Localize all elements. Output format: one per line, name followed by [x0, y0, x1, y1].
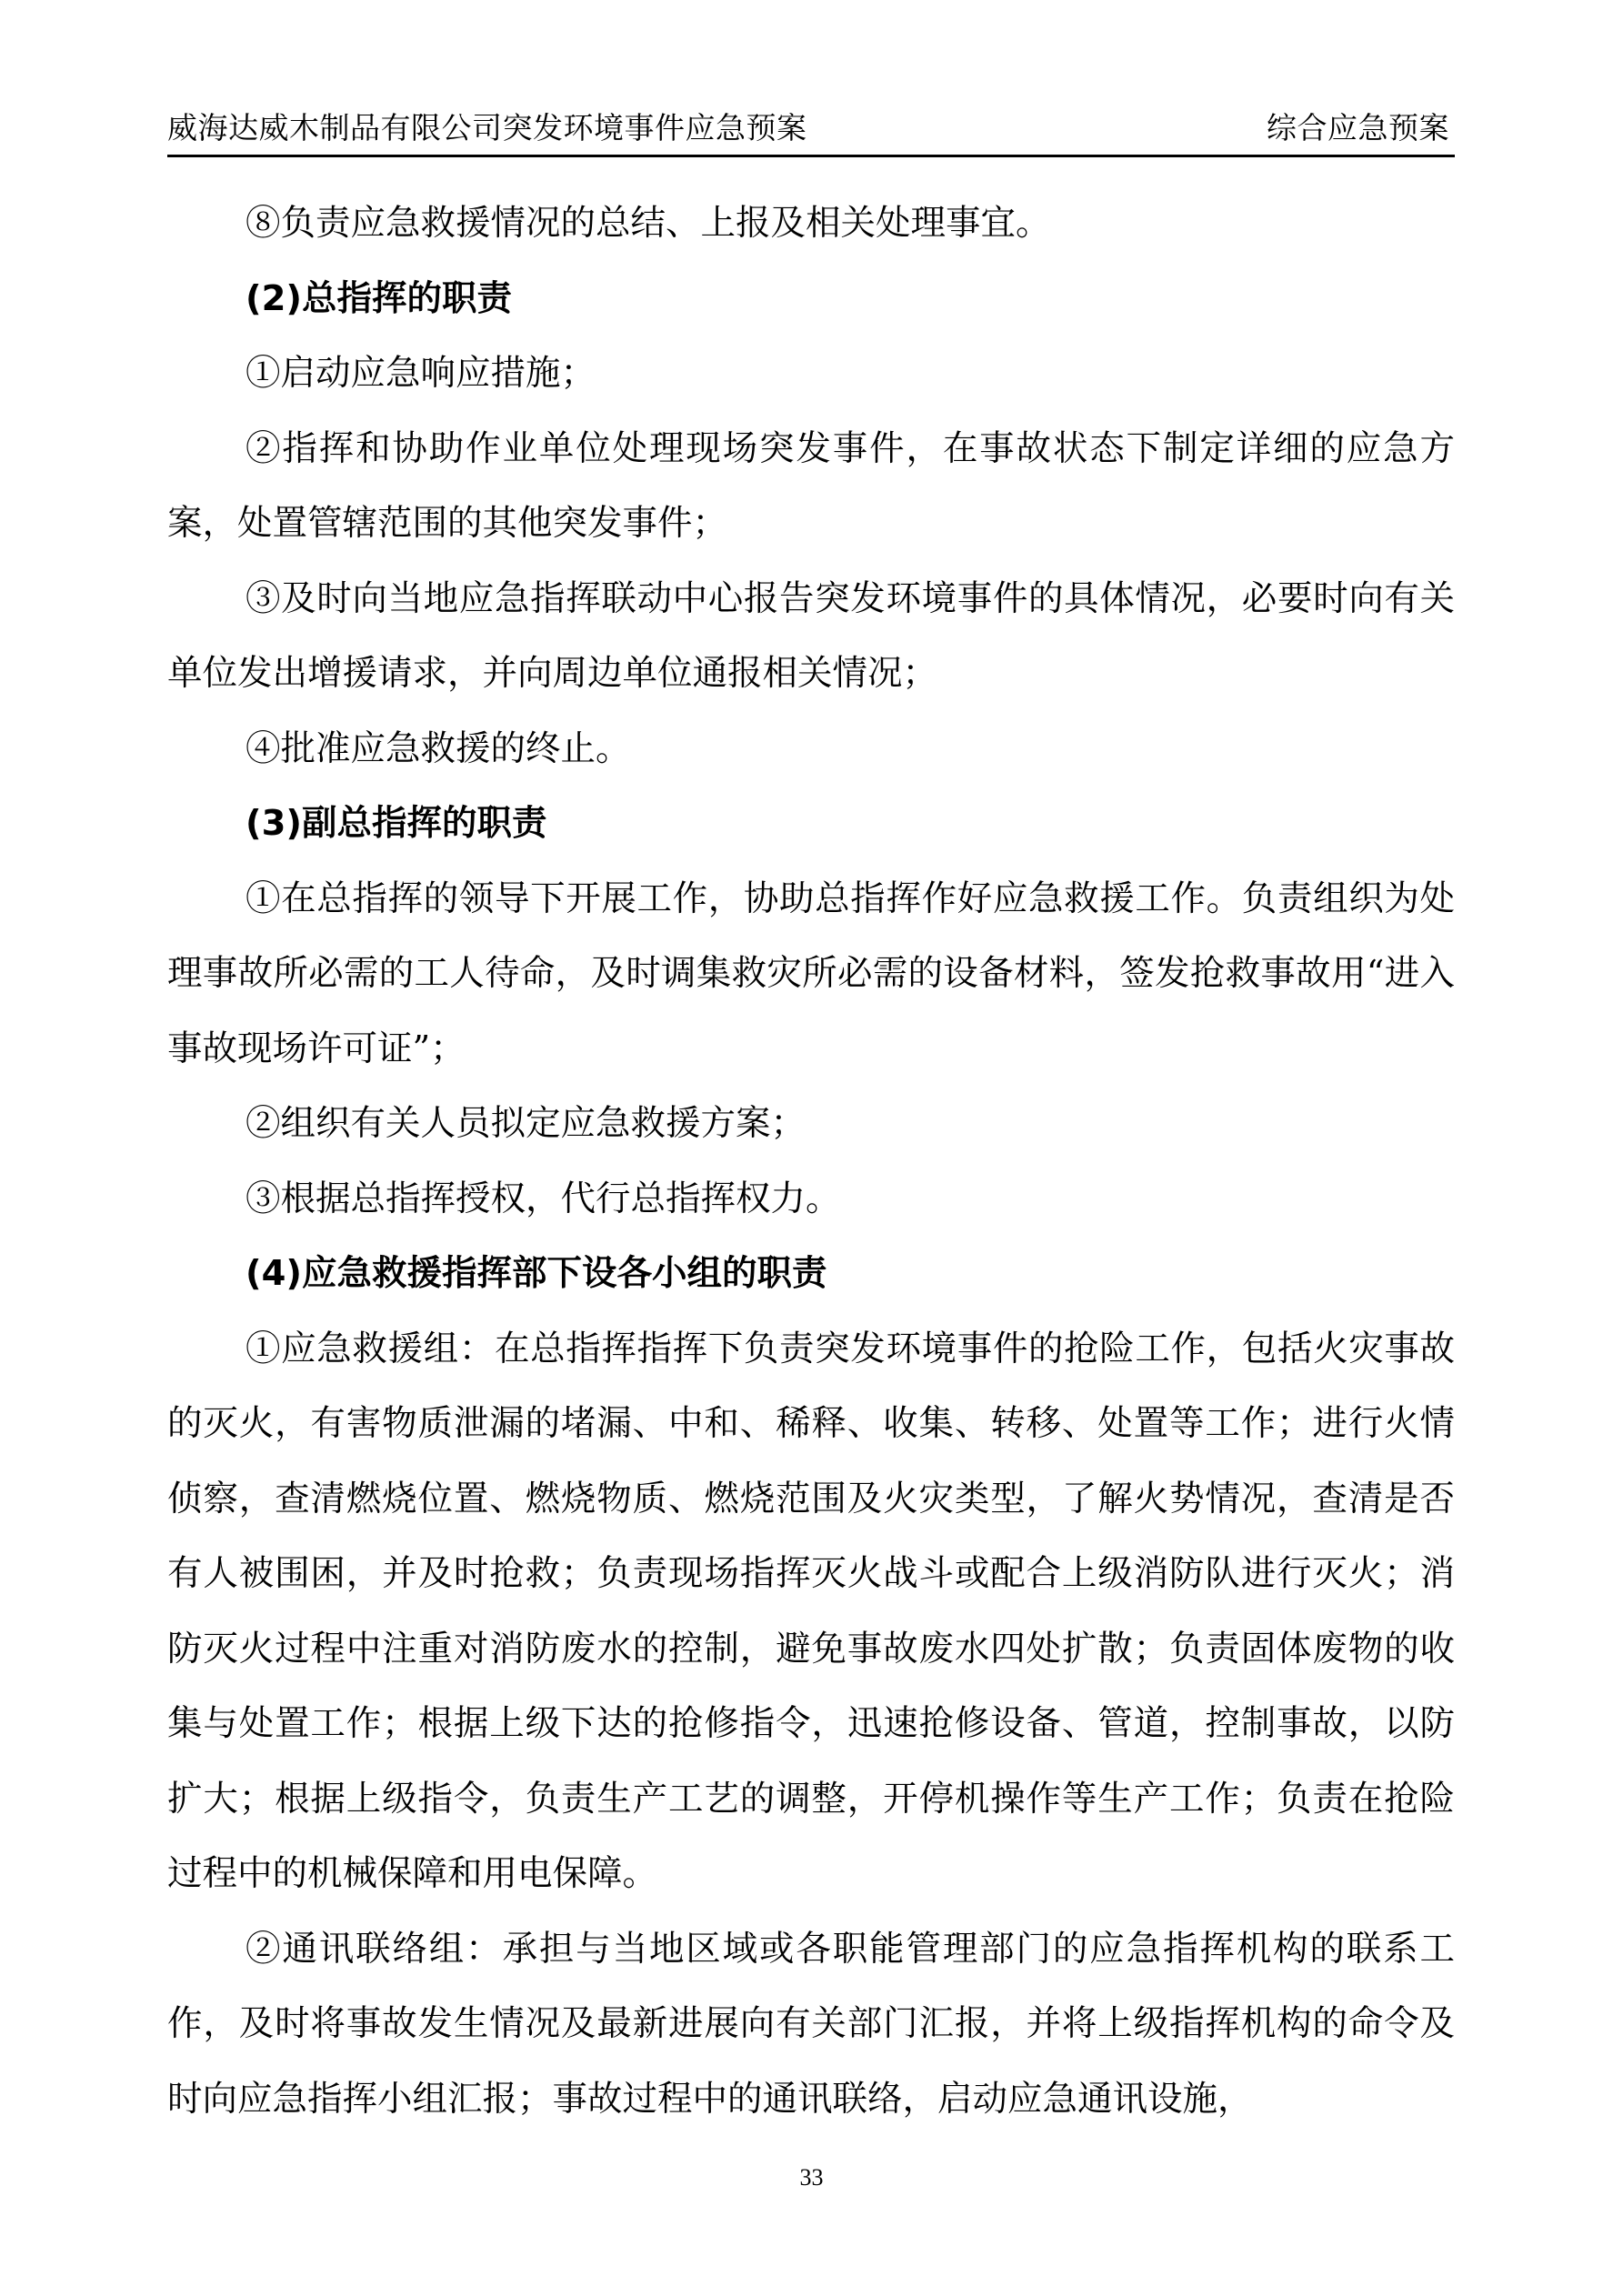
section-heading: (2)总指挥的职责: [167, 262, 1455, 337]
paragraph-item: ⑧负责应急救援情况的总结、上报及相关处理事宜。: [167, 186, 1455, 262]
paragraph-item: ③根据总指挥授权，代行总指挥权力。: [167, 1162, 1455, 1238]
paragraph-item: ①在总指挥的领导下开展工作，协助总指挥作好应急救援工作。负责组织为处理事故所必需…: [167, 862, 1455, 1088]
page-number: 33: [0, 2164, 1623, 2191]
paragraph-item: ④批准应急救援的终止。: [167, 712, 1455, 787]
section-heading: (4)应急救援指挥部下设各小组的职责: [167, 1237, 1455, 1312]
paragraph-item: ②指挥和协助作业单位处理现场突发事件，在事故状态下制定详细的应急方案，处置管辖范…: [167, 412, 1455, 562]
paragraph-item: ①启动应急响应措施；: [167, 336, 1455, 412]
header-divider: [167, 155, 1455, 157]
paragraph-item: ①应急救援组：在总指挥指挥下负责突发环境事件的抢险工作，包括火灾事故的灭火，有害…: [167, 1312, 1455, 1912]
document-body: ⑧负责应急救援情况的总结、上报及相关处理事宜。 (2)总指挥的职责 ①启动应急响…: [167, 186, 1455, 2137]
section-title: 综合应急预案: [1267, 105, 1449, 147]
section-heading: (3)副总指挥的职责: [167, 787, 1455, 862]
paragraph-item: ②通讯联络组：承担与当地区域或各职能管理部门的应急指挥机构的联系工作，及时将事故…: [167, 1912, 1455, 2138]
page-header: 威海达威木制品有限公司突发环境事件应急预案 综合应急预案: [167, 107, 1455, 155]
document-title: 威海达威木制品有限公司突发环境事件应急预案: [167, 105, 807, 147]
paragraph-item: ③及时向当地应急指挥联动中心报告突发环境事件的具体情况，必要时向有关单位发出增援…: [167, 562, 1455, 712]
paragraph-item: ②组织有关人员拟定应急救援方案；: [167, 1087, 1455, 1162]
